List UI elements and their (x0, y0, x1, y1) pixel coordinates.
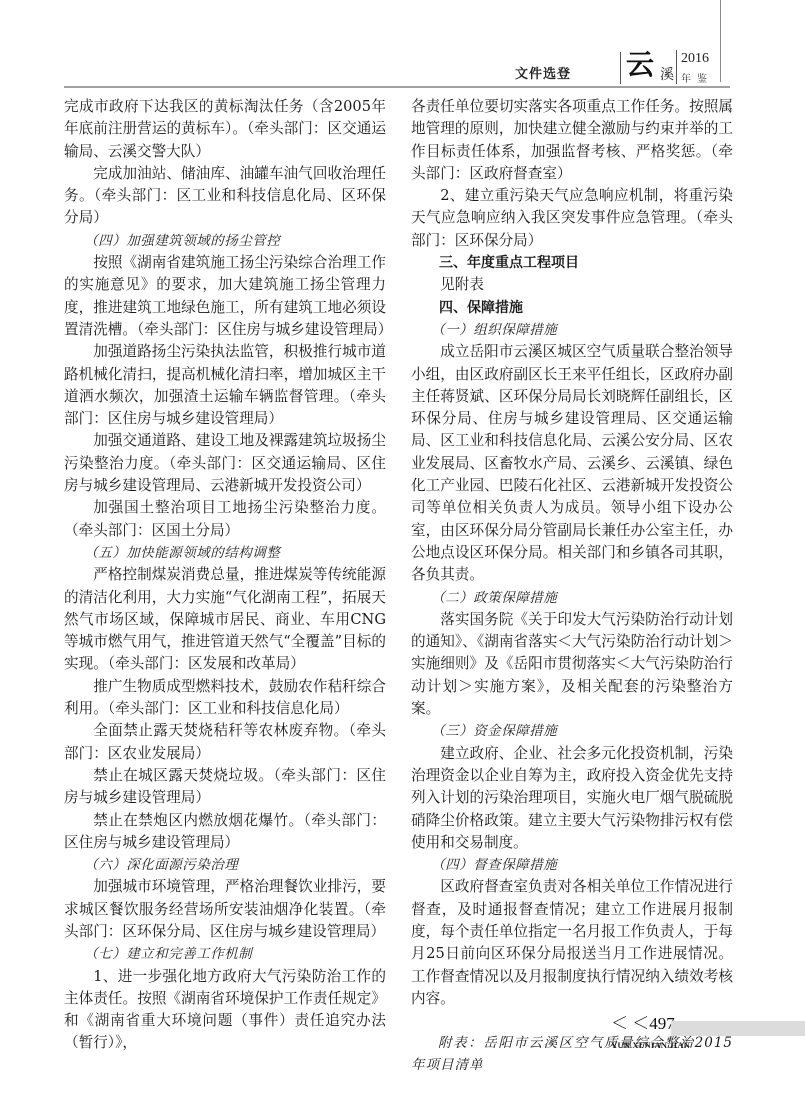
appendix-note: 附表：岳阳市云溪区空气质量综合整治2015年项目清单 (411, 1032, 733, 1077)
subsection-heading: （一）组织保障措施 (411, 319, 733, 341)
subsection-heading: （三）资金保障措施 (411, 720, 733, 742)
yearbook-year: 2016 (681, 51, 709, 67)
header-divider (676, 50, 677, 84)
subsection-heading: （六）深化面源污染治理 (64, 854, 386, 876)
paragraph: 2、建立重污染天气应急响应机制，将重污染天气应急响应纳入我区突发事件应急管理。（… (411, 185, 733, 252)
paragraph: 严格控制煤炭消费总量，推进煤炭等传统能源的清洁化利用，大力实施“气化湖南工程”，… (64, 564, 386, 675)
paragraph: 加强城市环境管理，严格治理餐饮业排污，要求城区餐饮服务经营场所安装油烟净化装置。… (64, 876, 386, 943)
subsection-heading: （四）督查保障措施 (411, 854, 733, 876)
brand-logo-xi: 溪 (660, 64, 674, 84)
paragraph: 1、进一步强化地方政府大气污染防治工作的主体责任。按照《湖南省环境保护工作责任规… (64, 966, 386, 1055)
left-column: 完成市政府下达我区的黄标淘汰任务（含2005年年底前注册营运的黄标车）。（牵头部… (64, 96, 386, 1055)
paragraph: 建立政府、企业、社会多元化投资机制，污染治理资金以企业自筹为主，政府投入资金优先… (411, 743, 733, 854)
paragraph: 按照《湖南省建筑施工扬尘污染综合治理工作的实施意见》的要求，加大建筑施工扬尘管理… (64, 252, 386, 341)
paragraph: 各责任单位要切实落实各项重点工作任务。按照属地管理的原则，加快建立健全激励与约束… (411, 96, 733, 185)
paragraph: 禁止在禁炮区内燃放烟花爆竹。（牵头部门：区住房与城乡建设管理局） (64, 810, 386, 855)
header-divider (620, 52, 621, 84)
paragraph: 加强国土整治项目工地扬尘污染整治力度。（牵头部门：区国土分局） (64, 497, 386, 542)
page-number: ＜ ＜497 (611, 1009, 675, 1034)
section-title: 文件选登 (515, 63, 571, 82)
subsection-heading: （五）加快能源领域的结构调整 (64, 542, 386, 564)
paragraph: 全面禁止露天焚烧秸秆等农林废弃物。（牵头部门：区农业发展局） (64, 720, 386, 765)
paragraph: 加强道路扬尘污染执法监管，积极推行城市道路机械化清扫，提高机械化清扫率，增加城区… (64, 341, 386, 430)
paragraph: 见附表 (411, 274, 733, 296)
paragraph: 推广生物质成型燃料技术，鼓励农作秸秆综合利用。（牵头部门：区工业和科技信息化局） (64, 676, 386, 721)
paragraph: 区政府督查室负责对各相关单位工作情况进行督查，及时通报督查情况；建立工作进展月报… (411, 876, 733, 1010)
subsection-heading: （二）政策保障措施 (411, 587, 733, 609)
section-heading: 三、年度重点工程项目 (411, 252, 733, 274)
brand-logo-yun: 云 (626, 50, 654, 80)
footer-bar (671, 1021, 805, 1036)
footer-subtitle: YUN XI NIAN JIAN (611, 1040, 690, 1050)
paragraph: 成立岳阳市云溪区城区空气质量联合整治领导小组，由区政府副区长王来平任组长，区政府… (411, 341, 733, 586)
yearbook-label: 年鉴 (681, 70, 713, 85)
header-rule (64, 86, 730, 88)
paragraph: 禁止在城区露天焚烧垃圾。（牵头部门：区住房与城乡建设管理局） (64, 765, 386, 810)
section-heading: 四、保障措施 (411, 297, 733, 319)
paragraph: 落实国务院《关于印发大气污染防治行动计划的通知》、《湖南省落实＜大气污染防治行动… (411, 609, 733, 720)
paragraph: 完成加油站、储油库、油罐车油气回收治理任务。（牵头部门：区工业和科技信息化局、区… (64, 163, 386, 230)
subsection-heading: （四）加强建筑领域的扬尘管控 (64, 230, 386, 252)
page-header: 文件选登 云 溪 2016 年鉴 (0, 0, 805, 90)
paragraph: 完成市政府下达我区的黄标淘汰任务（含2005年年底前注册营运的黄标车）。（牵头部… (64, 96, 386, 163)
subsection-heading: （七）建立和完善工作机制 (64, 943, 386, 965)
right-column: 各责任单位要切实落实各项重点工作任务。按照属地管理的原则，加快建立健全激励与约束… (411, 96, 733, 1077)
paragraph: 加强交通道路、建设工地及裸露建筑垃圾扬尘污染整治力度。（牵头部门：区交通运输局、… (64, 430, 386, 497)
